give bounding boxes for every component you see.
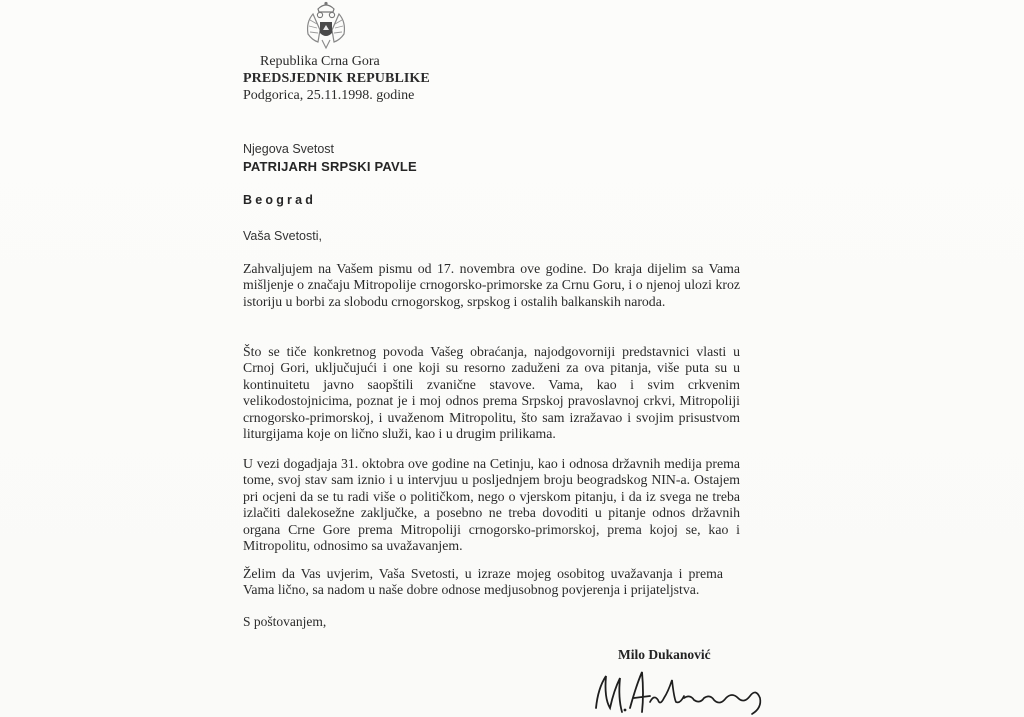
- paragraph: U vezi dogadjaja 31. oktobra ove godine …: [243, 456, 740, 554]
- place-date: Podgorica, 25.11.1998. godine: [243, 87, 503, 104]
- salutation: Vaša Svetosti,: [243, 229, 322, 243]
- paragraph: Želim da Vas uvjerim, Vaša Svetosti, u i…: [243, 566, 723, 599]
- signature-icon: [584, 668, 774, 717]
- recipient-name: PATRIJARH SRPSKI PAVLE: [243, 158, 417, 176]
- country-name: Republika Crna Gora: [243, 53, 503, 70]
- coat-of-arms-icon: [303, 0, 349, 52]
- closing: S poštovanjem,: [243, 614, 326, 630]
- letterhead: Republika Crna Gora PREDSJEDNIK REPUBLIK…: [243, 53, 503, 104]
- signer-name: Milo Dukanović: [618, 647, 711, 663]
- recipient-block: Njegova Svetost PATRIJARH SRPSKI PAVLE B…: [243, 140, 417, 209]
- paragraph: Što se tiče konkretnog povoda Vašeg obra…: [243, 344, 740, 442]
- paragraph: Zahvaljujem na Vašem pismu od 17. novemb…: [243, 261, 740, 310]
- recipient-title: Njegova Svetost: [243, 140, 417, 158]
- letter-page: Republika Crna Gora PREDSJEDNIK REPUBLIK…: [0, 0, 1024, 717]
- office-title: PREDSJEDNIK REPUBLIKE: [243, 70, 503, 87]
- recipient-city: Beograd: [243, 191, 417, 209]
